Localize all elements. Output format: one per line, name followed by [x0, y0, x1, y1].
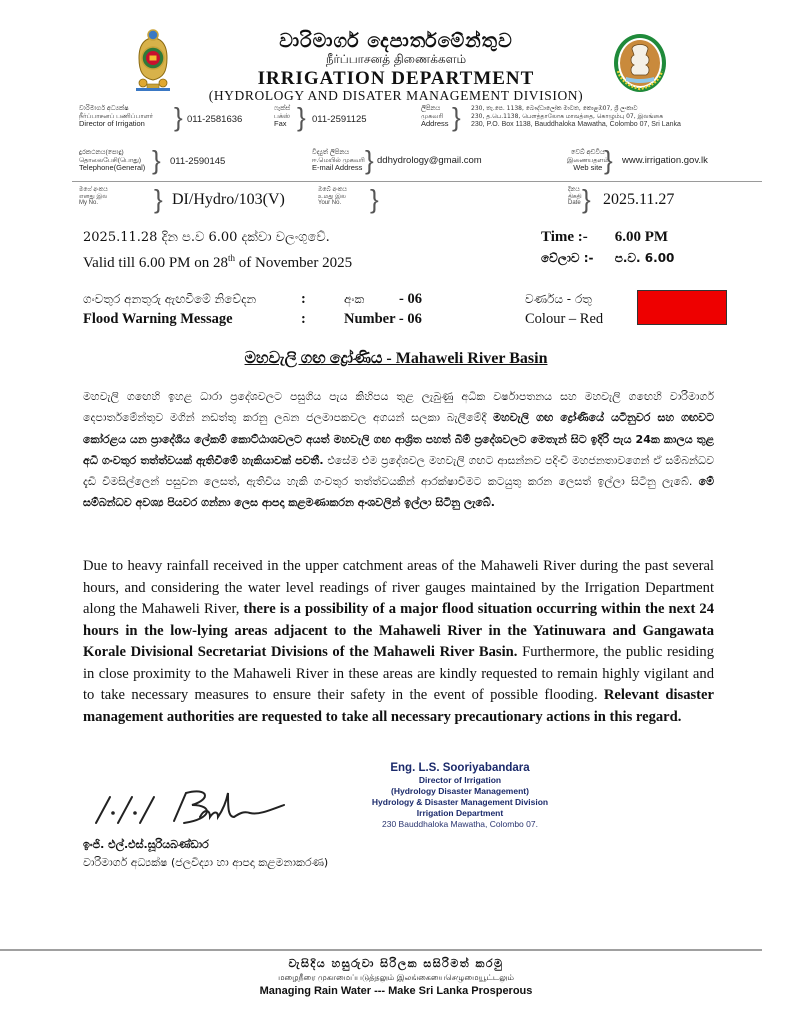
contact-fax: ෆැක්ස් பக்ஸ் Fax — [274, 105, 290, 128]
footer-divider — [0, 949, 762, 951]
footer-motto-sinhala: වැසිදිය හසුරුවා සිරිලක සසිරිමත් කරමු — [0, 957, 792, 971]
stamp-subtitle: (Hydrology Disaster Management) — [345, 786, 575, 797]
time-label-si: වේලාව :- — [541, 248, 611, 269]
time-label-en: Time :- — [541, 227, 611, 248]
brace: } — [152, 147, 161, 173]
warning-label-sinhala: ගංවතුර අනතුරු ඇඟවීමේ නිවේදන — [83, 290, 256, 309]
email-address[interactable]: ddhydrology@gmail.com — [377, 155, 482, 166]
official-stamp: Eng. L.S. Sooriyabandara Director of Irr… — [345, 761, 575, 830]
contact-director: වාරිමාර්ග අධ්‍යක්ෂ நீர்ப்பாசனப் பணிப்பாள… — [79, 105, 153, 128]
contact-website: වෙබ් අඩවිය இணையதளம் Web site — [567, 149, 609, 172]
letterhead-title-tamil: நீர்ப்பாசனத் திணைக்களம் — [0, 52, 792, 68]
warning-label-english: Flood Warning Message — [83, 310, 233, 329]
warning-colon: : — [301, 290, 306, 309]
fax-number: 011-2591125 — [312, 114, 367, 125]
contact-divider — [72, 181, 762, 182]
brace: } — [582, 186, 591, 212]
brace: } — [452, 104, 461, 130]
address-lines: 230, තැ.පෙ. 1138, බෞද්ධාලෝක මාවත, කොළඹ07… — [471, 105, 771, 129]
letterhead-title-sinhala: වාරිමාර්ග දෙපාර්තමේන්තුව — [0, 30, 792, 52]
my-no-value: DI/Hydro/103(V) — [172, 191, 285, 209]
time-value-en: 6.00 PM — [615, 229, 668, 245]
time-block: Time :- 6.00 PM වේලාව :- ප.ව. 6.00 — [541, 227, 674, 269]
stamp-title: Director of Irrigation — [345, 775, 575, 786]
brace: } — [297, 104, 306, 130]
contact-email: විද්‍යුත් ලිපිනය ஈ.மெயில் முகவரி E-mail … — [312, 149, 365, 172]
brace: } — [154, 186, 163, 212]
brace: } — [174, 104, 183, 130]
stamp-department: Irrigation Department — [345, 808, 575, 819]
validity-english: Valid till 6.00 PM on 28th of November 2… — [83, 248, 352, 274]
warning-colour-swatch — [637, 290, 727, 325]
brace: } — [365, 147, 374, 173]
signatory-name-sinhala: ඉංජි. එල්.එස්.සූරියබණ්ඩාර — [83, 836, 328, 854]
director-phone: 011-2581636 — [187, 114, 242, 125]
validity-sinhala: 2025.11.28 දින ප.ව 6.00 දක්වා වලංගුවේ. — [83, 227, 352, 248]
basin-title: මහවැලි ගඟ ද්‍රෝණිය - Mahaweli River Basi… — [0, 350, 792, 368]
your-no-label: ඔබේ අංකය உமது இல Your No. — [318, 187, 347, 207]
warning-colon: : — [301, 310, 306, 329]
signatory: ඉංජි. එල්.එස්.සූරියබණ්ඩාර වාරිමාර්ග අධ්‍… — [83, 836, 328, 872]
signatory-title-sinhala: වාරිමාර්ග අධ්‍යක්ෂ (ජලවිද්‍යා හා ආපදා කළ… — [83, 854, 328, 872]
brace: } — [604, 147, 613, 173]
director-label: වාරිමාර්ග අධ්‍යක්ෂ நீர்ப்பாசனப் பணிப்பாள… — [79, 105, 153, 128]
date-label: දිනය திகதி Date — [568, 187, 582, 207]
contact-address: ලිපිනය முகவரி Address — [421, 105, 449, 128]
body-english: Due to heavy rainfall received in the up… — [83, 556, 714, 728]
telephone-number: 011-2590145 — [170, 156, 225, 167]
warning-number-english: Number - 06 — [344, 310, 422, 329]
warning-colour-english: Colour – Red — [525, 310, 603, 329]
stamp-division: Hydrology & Disaster Management Division — [345, 797, 575, 808]
brace: } — [370, 186, 379, 212]
irrigation-department-logo — [612, 33, 668, 93]
letterhead-division: (HYDROLOGY AND DISATER MANAGEMENT DIVISI… — [0, 88, 792, 104]
body-sinhala: මහවැලි ගඟෙහි ඉහළ ධාරා ප්‍රදේශවලට පසුගිය … — [83, 386, 714, 514]
date-value: 2025.11.27 — [603, 191, 674, 209]
stamp-name: Eng. L.S. Sooriyabandara — [345, 761, 575, 775]
stamp-address: 230 Bauddhaloka Mawatha, Colombo 07. — [345, 819, 575, 830]
warning-colour-sinhala: වර්ණය - රතු — [525, 290, 592, 309]
contact-telephone: දුරකථනය(පොදු) தொலைபேசி(பொது) Telephone(G… — [79, 149, 145, 172]
letterhead-title-english: IRRIGATION DEPARTMENT — [0, 68, 792, 90]
website-url[interactable]: www.irrigation.gov.lk — [622, 155, 708, 166]
footer-motto-english: Managing Rain Water --- Make Sri Lanka P… — [0, 985, 792, 997]
my-no-label: මගේ අංකය எனது இல My No. — [79, 187, 108, 207]
warning-number-sinhala: අංක- 06 — [344, 290, 422, 309]
handwritten-signature — [88, 783, 298, 831]
footer-motto-tamil: மழைநீரை முகாமைப்படுத்தலும் இலங்கையைசெழும… — [0, 973, 792, 983]
time-value-si: ප.ව. 6.00 — [615, 251, 675, 265]
validity-block: 2025.11.28 දින ප.ව 6.00 දක්වා වලංගුවේ. V… — [83, 227, 352, 274]
